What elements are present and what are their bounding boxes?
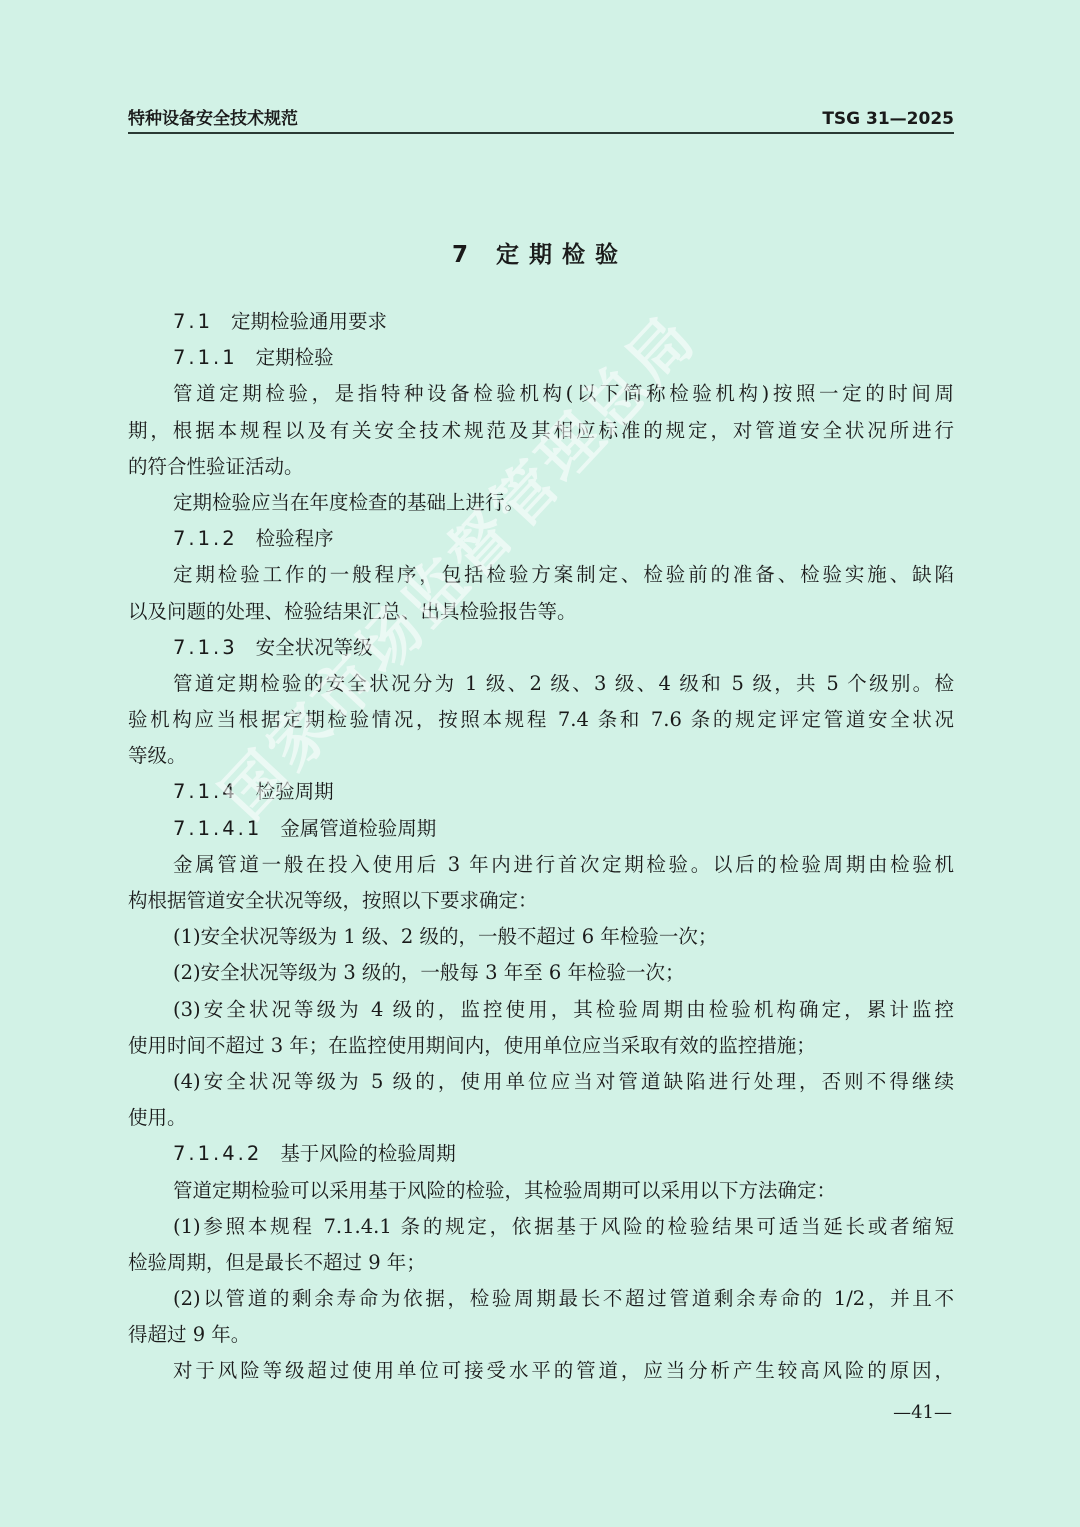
section-number: 7.1 — [173, 304, 213, 340]
paragraph-line: 期，根据本规程以及有关安全技术规范及其相应标准的规定，对管道安全状况所进行 — [128, 413, 954, 449]
section-number: 7.1.4 — [173, 774, 238, 810]
section-title: 金属管道检验周期 — [280, 817, 436, 840]
paragraph-line: 定期检验应当在年度检查的基础上进行。 — [128, 485, 954, 521]
section-number: 7.1.4.1 — [173, 811, 262, 847]
section-title: 检验程序 — [256, 527, 334, 550]
section-heading-7-1-4-2: 7.1.4.2基于风险的检验周期 — [128, 1136, 954, 1172]
section-title: 安全状况等级 — [256, 636, 373, 659]
list-item: (4)安全状况等级为 5 级的，使用单位应当对管道缺陷进行处理，否则不得继续 — [128, 1064, 954, 1100]
section-title: 定期检验 — [256, 346, 334, 369]
section-heading-7-1-4-1: 7.1.4.1金属管道检验周期 — [128, 811, 954, 847]
paragraph-line: 对于风险等级超过使用单位可接受水平的管道，应当分析产生较高风险的原因， — [128, 1353, 954, 1389]
list-item: (1)参照本规程 7.1.4.1 条的规定，依据基于风险的检验结果可适当延长或者… — [128, 1209, 954, 1245]
header-spec-code: TSG 31—2025 — [822, 108, 954, 130]
paragraph-line: 管道定期检验可以采用基于风险的检验，其检验周期可以采用以下方法确定： — [128, 1173, 954, 1209]
paragraph-line: 定期检验工作的一般程序，包括检验方案制定、检验前的准备、检验实施、缺陷 — [128, 557, 954, 593]
section-heading-7-1-2: 7.1.2检验程序 — [128, 521, 954, 557]
paragraph-line: 的符合性验证活动。 — [128, 449, 954, 485]
section-title: 定期检验通用要求 — [231, 310, 387, 333]
document-body: 7.1定期检验通用要求 7.1.1定期检验 管道定期检验，是指特种设备检验机构(… — [128, 304, 954, 1390]
section-title: 基于风险的检验周期 — [280, 1142, 456, 1165]
list-item: (1)安全状况等级为 1 级、2 级的，一般不超过 6 年检验一次； — [128, 919, 954, 955]
paragraph-line: 金属管道一般在投入使用后 3 年内进行首次定期检验。以后的检验周期由检验机 — [128, 847, 954, 883]
list-item-continuation: 使用。 — [128, 1100, 954, 1136]
section-number: 7.1.1 — [173, 340, 238, 376]
paragraph-line: 验机构应当根据定期检验情况，按照本规程 7.4 条和 7.6 条的规定评定管道安… — [128, 702, 954, 738]
paragraph-line: 以及问题的处理、检验结果汇总、出具检验报告等。 — [128, 594, 954, 630]
header-spec-title: 特种设备安全技术规范 — [128, 108, 298, 130]
paragraph-line: 等级。 — [128, 738, 954, 774]
section-title: 检验周期 — [256, 780, 334, 803]
section-number: 7.1.4.2 — [173, 1136, 262, 1172]
section-number: 7.1.3 — [173, 630, 238, 666]
paragraph-line: 管道定期检验的安全状况分为 1 级、2 级、3 级、4 级和 5 级，共 5 个… — [128, 666, 954, 702]
section-heading-7-1: 7.1定期检验通用要求 — [128, 304, 954, 340]
section-number: 7.1.2 — [173, 521, 238, 557]
list-item: (2)安全状况等级为 3 级的，一般每 3 年至 6 年检验一次； — [128, 955, 954, 991]
running-header: 特种设备安全技术规范 TSG 31—2025 — [128, 102, 954, 134]
list-item-continuation: 得超过 9 年。 — [128, 1317, 954, 1353]
list-item: (2)以管道的剩余寿命为依据，检验周期最长不超过管道剩余寿命的 1/2，并且不 — [128, 1281, 954, 1317]
paragraph-line: 构根据管道安全状况等级，按照以下要求确定： — [128, 883, 954, 919]
section-heading-7-1-3: 7.1.3安全状况等级 — [128, 630, 954, 666]
section-heading-7-1-1: 7.1.1定期检验 — [128, 340, 954, 376]
list-item-continuation: 使用时间不超过 3 年；在监控使用期间内，使用单位应当采取有效的监控措施； — [128, 1028, 954, 1064]
list-item: (3)安全状况等级为 4 级的，监控使用，其检验周期由检验机构确定，累计监控 — [128, 992, 954, 1028]
paragraph-line: 管道定期检验，是指特种设备检验机构(以下简称检验机构)按照一定的时间周 — [128, 376, 954, 412]
list-item-continuation: 检验周期，但是最长不超过 9 年； — [128, 1245, 954, 1281]
chapter-title: 7 定期检验 — [0, 236, 1080, 269]
section-heading-7-1-4: 7.1.4检验周期 — [128, 774, 954, 810]
page-number: —41— — [893, 1402, 952, 1423]
